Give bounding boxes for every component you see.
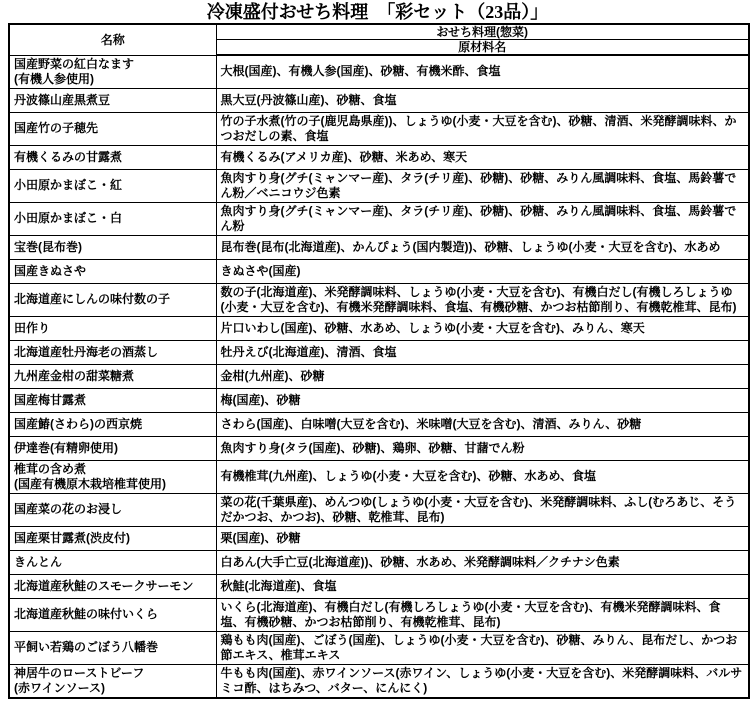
ingredients-cell: 数の子(北海道産)、米発酵調味料、しょうゆ(小麦・大豆を含む)、有機白だし(有機… [216, 283, 749, 316]
table-row: 国産鰆(さわら)の西京焼さわら(国産)、白味噌(大豆を含む)、米味噌(大豆を含む… [9, 412, 749, 436]
table-row: 丹波篠山産黒煮豆黒大豆(丹波篠山産)、砂糖、食塩 [9, 88, 749, 112]
item-name-cell: 平飼い若鶏のごぼう八幡巻 [9, 631, 216, 664]
item-name-cell: 国産竹の子穂先 [9, 112, 216, 145]
item-name-cell: 北海道産にしんの味付数の子 [9, 283, 216, 316]
header-dish-type-cell: おせち料理(惣菜) [216, 24, 749, 40]
item-name-cell: 北海道産牡丹海老の酒蒸し [9, 340, 216, 364]
ingredients-cell: さわら(国産)、白味噌(大豆を含む)、米味噌(大豆を含む)、清酒、みりん、砂糖 [216, 412, 749, 436]
item-name-cell: 有機くるみの甘露煮 [9, 145, 216, 169]
ingredients-cell: 栗(国産)、砂糖 [216, 526, 749, 550]
item-name-cell: 九州産金柑の甜菜糖煮 [9, 364, 216, 388]
ingredients-cell: 牛もも肉(国産)、赤ワインソース(赤ワイン、しょうゆ(小麦・大豆を含む)、米発酵… [216, 664, 749, 698]
table-row: 国産菜の花のお浸し菜の花(千葉県産)、めんつゆ(しょうゆ(小麦・大豆を含む)、米… [9, 493, 749, 526]
item-name-cell: 北海道産秋鮭のスモークサーモン [9, 574, 216, 598]
item-name-cell: 国産菜の花のお浸し [9, 493, 216, 526]
item-name-cell: 国産鰆(さわら)の西京焼 [9, 412, 216, 436]
item-name-cell: 丹波篠山産黒煮豆 [9, 88, 216, 112]
ingredients-cell: 魚肉すり身(タラ(国産)、砂糖)、鶏卵、砂糖、甘藷でん粉 [216, 436, 749, 460]
item-name-cell: 伊達巻(有精卵使用) [9, 436, 216, 460]
ingredients-cell: 鶏もも肉(国産)、ごぼう(国産)、しょうゆ(小麦・大豆を含む)、砂糖、みりん、昆… [216, 631, 749, 664]
table-row: 北海道産牡丹海老の酒蒸し牡丹えび(北海道産)、清酒、食塩 [9, 340, 749, 364]
item-name-cell: 国産野菜の紅白なます (有機人参使用) [9, 55, 216, 88]
item-name-cell: 北海道産秋鮭の味付いくら [9, 598, 216, 631]
ingredients-cell: 有機くるみ(アメリカ産)、砂糖、米あめ、寒天 [216, 145, 749, 169]
table-header: 名称 おせち料理(惣菜) 原材料名 [9, 24, 749, 55]
ingredients-cell: 菜の花(千葉県産)、めんつゆ(しょうゆ(小麦・大豆を含む)、米発酵調味料、ふし(… [216, 493, 749, 526]
table-row: 九州産金柑の甜菜糖煮金柑(九州産)、砂糖 [9, 364, 749, 388]
table-row: 田作り片口いわし(国産)、砂糖、水あめ、しょうゆ(小麦・大豆を含む)、みりん、寒… [9, 316, 749, 340]
ingredients-cell: 魚肉すり身(グチ(ミャンマー産)、タラ(チリ産)、砂糖)、砂糖、みりん風調味料、… [216, 202, 749, 235]
item-name-cell: 椎茸の含め煮 (国産有機原木栽培椎茸使用) [9, 460, 216, 493]
table-body: 国産野菜の紅白なます (有機人参使用)大根(国産)、有機人参(国産)、砂糖、有機… [9, 55, 749, 698]
ingredients-cell: 大根(国産)、有機人参(国産)、砂糖、有機米酢、食塩 [216, 55, 749, 88]
ingredients-cell: 黒大豆(丹波篠山産)、砂糖、食塩 [216, 88, 749, 112]
ingredients-cell: きぬさや(国産) [216, 259, 749, 283]
ingredients-cell: いくら(北海道産)、有機白だし(有機しろしょうゆ(小麦・大豆を含む)、有機米発酵… [216, 598, 749, 631]
ingredients-cell: 昆布巻(昆布(北海道産)、かんぴょう(国内製造))、砂糖、しょうゆ(小麦・大豆を… [216, 235, 749, 259]
table-row: 国産栗甘露煮(渋皮付)栗(国産)、砂糖 [9, 526, 749, 550]
table-row: 国産竹の子穂先竹の子水煮(竹の子(鹿児島県産))、しょうゆ(小麦・大豆を含む)、… [9, 112, 749, 145]
ingredients-cell: 魚肉すり身(グチ(ミャンマー産)、タラ(チリ産)、砂糖)、砂糖、みりん風調味料、… [216, 169, 749, 202]
table-row: 椎茸の含め煮 (国産有機原木栽培椎茸使用)有機椎茸(九州産)、しょうゆ(小麦・大… [9, 460, 749, 493]
ingredients-cell: 竹の子水煮(竹の子(鹿児島県産))、しょうゆ(小麦・大豆を含む)、砂糖、清酒、米… [216, 112, 749, 145]
ingredients-cell: 有機椎茸(九州産)、しょうゆ(小麦・大豆を含む)、砂糖、水あめ、食塩 [216, 460, 749, 493]
table-row: 小田原かまぼこ・白魚肉すり身(グチ(ミャンマー産)、タラ(チリ産)、砂糖)、砂糖… [9, 202, 749, 235]
osechi-ingredients-table: 名称 おせち料理(惣菜) 原材料名 国産野菜の紅白なます (有機人参使用)大根(… [8, 23, 750, 699]
item-name-cell: 小田原かまぼこ・白 [9, 202, 216, 235]
page-title: 冷凍盛付おせち料理 「彩セット（23品）」 [0, 0, 755, 23]
item-name-cell: 国産栗甘露煮(渋皮付) [9, 526, 216, 550]
table-row: きんとん白あん(大手亡豆(北海道産))、砂糖、水あめ、米発酵調味料／クチナシ色素 [9, 550, 749, 574]
item-name-cell: 田作り [9, 316, 216, 340]
item-name-cell: 神居牛のローストビーフ (赤ワインソース) [9, 664, 216, 698]
table-row: 国産梅甘露煮梅(国産)、砂糖 [9, 388, 749, 412]
table-row: 平飼い若鶏のごぼう八幡巻鶏もも肉(国産)、ごぼう(国産)、しょうゆ(小麦・大豆を… [9, 631, 749, 664]
table-row: 北海道産秋鮭の味付いくらいくら(北海道産)、有機白だし(有機しろしょうゆ(小麦・… [9, 598, 749, 631]
ingredients-cell: 梅(国産)、砂糖 [216, 388, 749, 412]
document-page: 冷凍盛付おせち料理 「彩セット（23品）」 名称 おせち料理(惣菜) 原材料名 … [0, 0, 755, 716]
header-name-cell: 名称 [9, 24, 216, 55]
table-row: 小田原かまぼこ・紅魚肉すり身(グチ(ミャンマー産)、タラ(チリ産)、砂糖)、砂糖… [9, 169, 749, 202]
table-row: 北海道産秋鮭のスモークサーモン秋鮭(北海道産)、食塩 [9, 574, 749, 598]
header-ingredients-label-cell: 原材料名 [216, 40, 749, 56]
table-row: 国産きぬさやきぬさや(国産) [9, 259, 749, 283]
item-name-cell: 宝巻(昆布巻) [9, 235, 216, 259]
ingredients-cell: 秋鮭(北海道産)、食塩 [216, 574, 749, 598]
item-name-cell: きんとん [9, 550, 216, 574]
ingredients-cell: 金柑(九州産)、砂糖 [216, 364, 749, 388]
table-row: 伊達巻(有精卵使用)魚肉すり身(タラ(国産)、砂糖)、鶏卵、砂糖、甘藷でん粉 [9, 436, 749, 460]
ingredients-cell: 牡丹えび(北海道産)、清酒、食塩 [216, 340, 749, 364]
table-row: 宝巻(昆布巻)昆布巻(昆布(北海道産)、かんぴょう(国内製造))、砂糖、しょうゆ… [9, 235, 749, 259]
table-row: 有機くるみの甘露煮有機くるみ(アメリカ産)、砂糖、米あめ、寒天 [9, 145, 749, 169]
item-name-cell: 国産きぬさや [9, 259, 216, 283]
ingredients-cell: 片口いわし(国産)、砂糖、水あめ、しょうゆ(小麦・大豆を含む)、みりん、寒天 [216, 316, 749, 340]
table-row: 北海道産にしんの味付数の子数の子(北海道産)、米発酵調味料、しょうゆ(小麦・大豆… [9, 283, 749, 316]
item-name-cell: 小田原かまぼこ・紅 [9, 169, 216, 202]
table-row: 国産野菜の紅白なます (有機人参使用)大根(国産)、有機人参(国産)、砂糖、有機… [9, 55, 749, 88]
table-row: 神居牛のローストビーフ (赤ワインソース)牛もも肉(国産)、赤ワインソース(赤ワ… [9, 664, 749, 698]
ingredients-cell: 白あん(大手亡豆(北海道産))、砂糖、水あめ、米発酵調味料／クチナシ色素 [216, 550, 749, 574]
item-name-cell: 国産梅甘露煮 [9, 388, 216, 412]
